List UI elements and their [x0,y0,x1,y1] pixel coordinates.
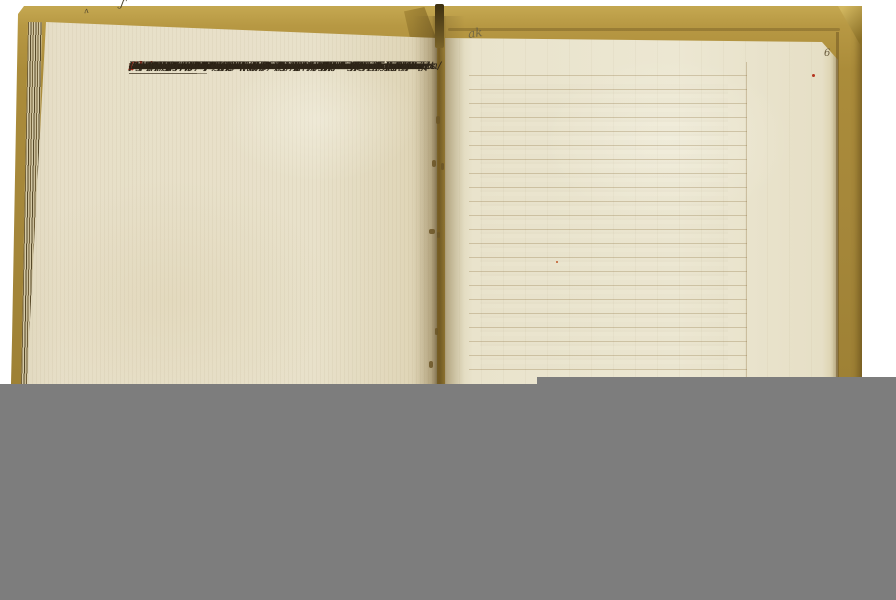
spine-stitch [435,328,438,335]
cover-seam [448,28,840,31]
spine-stitch [429,229,435,234]
spine-stitch [437,232,440,238]
manuscript-photo: ʃ ʌ rept9 Domto ār quodā cui ī breuiaio … [0,0,896,600]
spine-stitch [429,361,433,368]
red-speck [812,74,815,77]
redaction-band-left [0,384,537,600]
ink-showthrough [480,84,728,370]
cover-edge-seam [836,32,839,378]
folio-number: 6 [824,48,830,59]
ink-text: ta· mīaua ā vānes [129,59,222,73]
spine-stitch [441,163,444,170]
red-speck [556,261,558,263]
cover-small-mark: ʌ [84,6,89,15]
spine-stitch [432,160,436,167]
gutter-quire-mark: ak [467,25,483,41]
spine-notch [435,4,444,48]
spine-stitch [436,116,440,124]
redaction-band-right [537,377,896,600]
